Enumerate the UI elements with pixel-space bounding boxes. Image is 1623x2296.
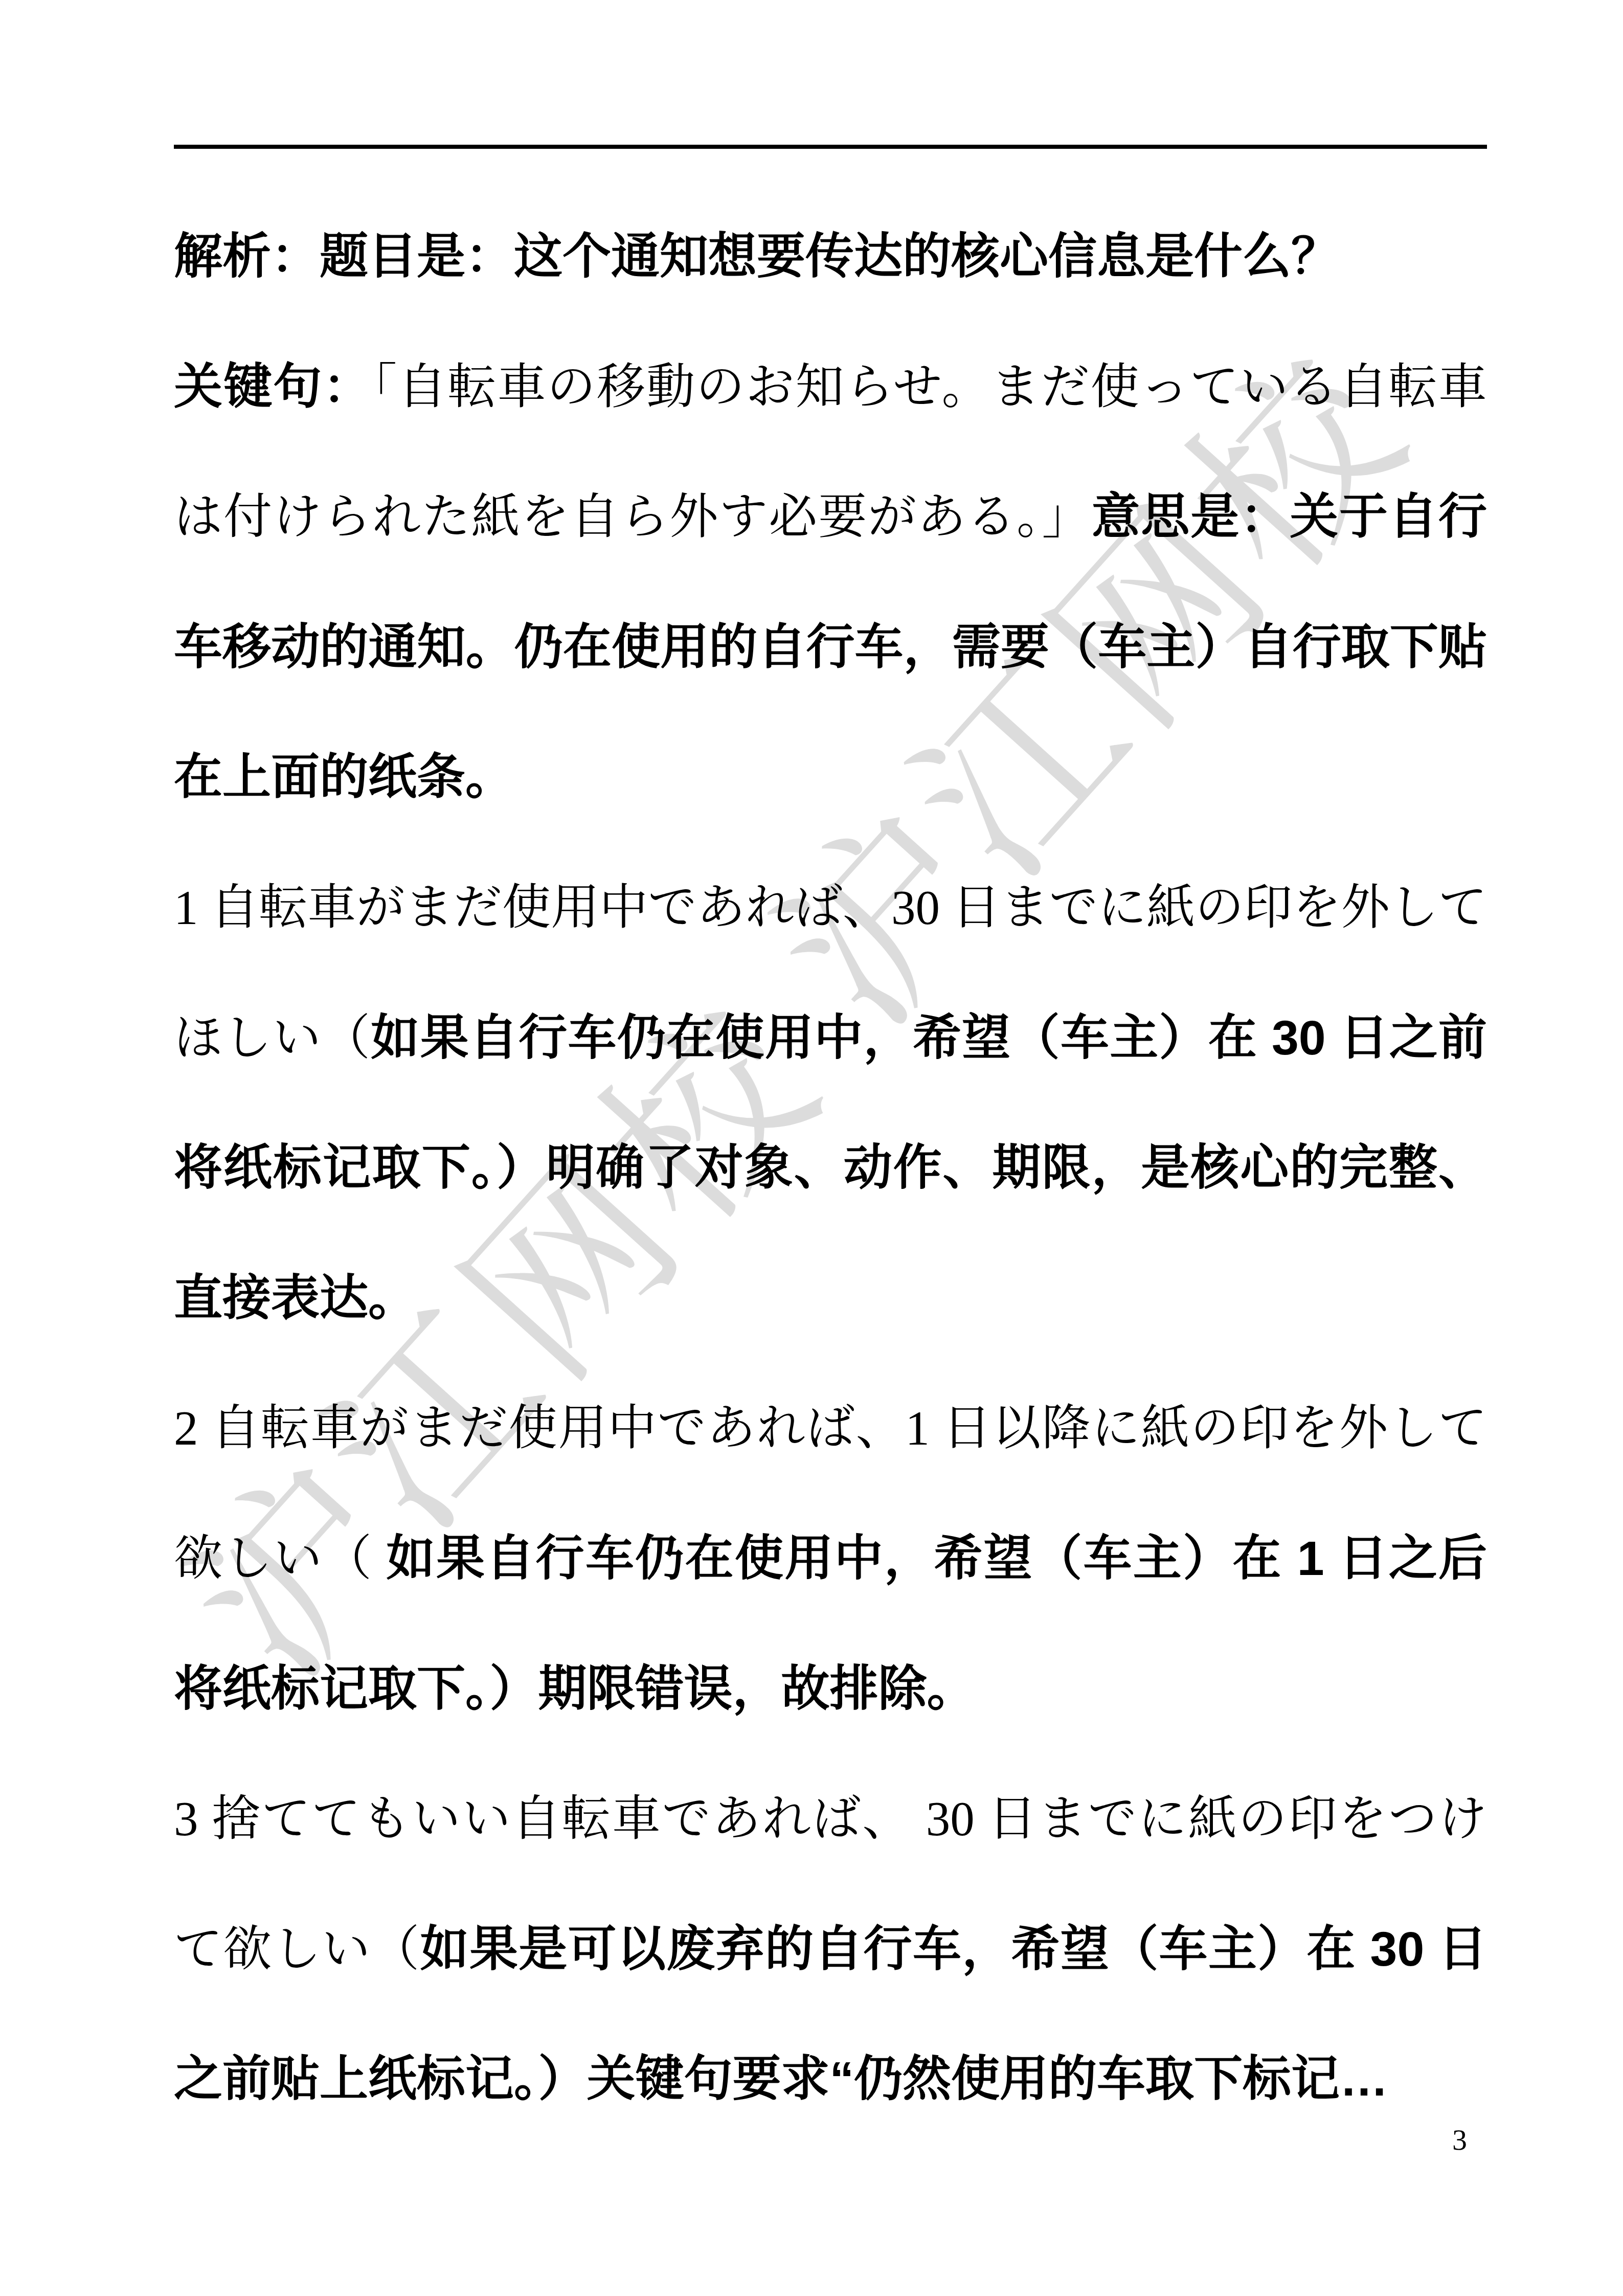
document-body: 解析：题目是：这个通知想要传达的核心信息是什么？ 关键句：「自転車の移動のお知ら…	[174, 192, 1487, 2145]
text-segment: 如果自行车仍在使用中，希望（车主）在 30 日之前将纸标记取下。）明确了对象、动…	[174, 1011, 1487, 1325]
header-rule	[174, 145, 1487, 149]
paragraph-option-2: 2 自転車がまだ使用中であれば、1 日以降に紙の印を外して欲しい（ 如果自行车仍…	[174, 1363, 1487, 1754]
paragraph-analysis: 解析：题目是：这个通知想要传达的核心信息是什么？	[174, 192, 1487, 322]
page-number: 3	[1452, 2122, 1467, 2158]
text-segment: 解析：题目是：这个通知想要传达的核心信息是什么？	[174, 230, 1340, 284]
paragraph-key-sentence: 关键句：「自転車の移動のお知らせ。まだ使っている自転車は付けられた紙を自ら外す必…	[174, 322, 1487, 843]
paragraph-option-1: 1 自転車がまだ使用中であれば、30 日までに紙の印を外してほしい（如果自行车仍…	[174, 843, 1487, 1363]
text-segment: 关键句：	[174, 360, 373, 414]
paragraph-option-3: 3 捨ててもいい自転車であれば、 30 日までに紙の印をつけて欲しい（如果是可以…	[174, 1754, 1487, 2145]
document-page: 沪江网校 沪江网校 解析：题目是：这个通知想要传达的核心信息是什么？ 关键句：「…	[0, 0, 1623, 2296]
